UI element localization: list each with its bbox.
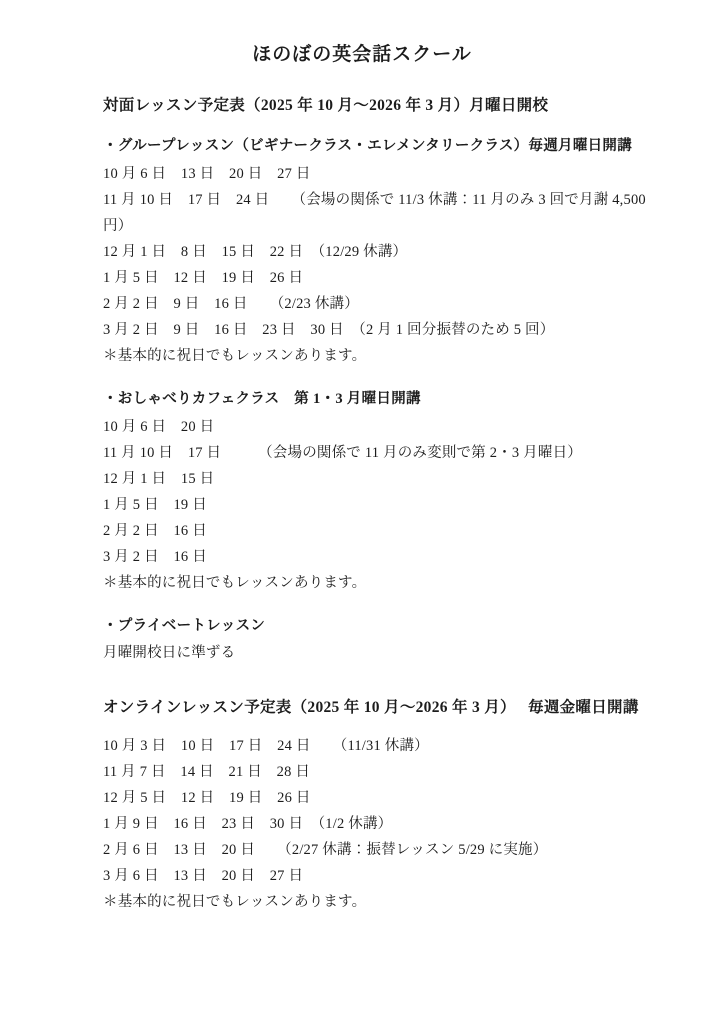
- schedule-line: 10 月 6 日 13 日 20 日 27 日: [103, 161, 666, 187]
- schedule-line: 12 月 1 日 8 日 15 日 22 日 （12/29 休講）: [103, 239, 666, 265]
- group-lesson-subheading: ・グループレッスン（ビギナークラス・エレメンタリークラス）毎週月曜日開講: [103, 137, 666, 156]
- schedule-line: 11 月 10 日 17 日 24 日 （会場の関係で 11/3 休講：11 月…: [103, 187, 666, 239]
- inperson-section-heading: 対面レッスン予定表（2025 年 10 月～2026 年 3 月）月曜日開校: [103, 96, 666, 116]
- schedule-line: 3 月 6 日 13 日 20 日 27 日: [103, 863, 666, 889]
- schedule-line: 10 月 3 日 10 日 17 日 24 日 （11/31 休講）: [103, 733, 666, 759]
- group-lesson-block: ・グループレッスン（ビギナークラス・エレメンタリークラス）毎週月曜日開講 10 …: [103, 137, 666, 369]
- section-online: オンラインレッスン予定表（2025 年 10 月～2026 年 3 月） 毎週金…: [103, 698, 666, 914]
- schedule-line: 3 月 2 日 9 日 16 日 23 日 30 日 （2 月 1 回分振替のた…: [103, 317, 666, 343]
- schedule-line: 11 月 10 日 17 日 （会場の関係で 11 月のみ変則で第 2・3 月曜…: [103, 440, 666, 466]
- private-lesson-schedule: 月曜開校日に準ずる: [103, 640, 666, 666]
- holiday-note: ＊基本的に祝日でもレッスンあります。: [103, 889, 666, 915]
- schedule-line: 1 月 5 日 19 日: [103, 492, 666, 518]
- holiday-note: ＊基本的に祝日でもレッスンあります。: [103, 570, 666, 596]
- cafe-class-schedule: 10 月 6 日 20 日 11 月 10 日 17 日 （会場の関係で 11 …: [103, 414, 666, 596]
- schedule-line: 12 月 1 日 15 日: [103, 466, 666, 492]
- schedule-line: 11 月 7 日 14 日 21 日 28 日: [103, 759, 666, 785]
- private-lesson-subheading: ・プライベートレッスン: [103, 617, 666, 636]
- schedule-line: 2 月 2 日 16 日: [103, 518, 666, 544]
- online-schedule: 10 月 3 日 10 日 17 日 24 日 （11/31 休講） 11 月 …: [103, 733, 666, 915]
- private-lesson-block: ・プライベートレッスン 月曜開校日に準ずる: [103, 617, 666, 667]
- group-lesson-schedule: 10 月 6 日 13 日 20 日 27 日 11 月 10 日 17 日 2…: [103, 161, 666, 369]
- schedule-line: 2 月 6 日 13 日 20 日 （2/27 休講：振替レッスン 5/29 に…: [103, 837, 666, 863]
- schedule-line: 12 月 5 日 12 日 19 日 26 日: [103, 785, 666, 811]
- holiday-note: ＊基本的に祝日でもレッスンあります。: [103, 343, 666, 369]
- schedule-line: 1 月 5 日 12 日 19 日 26 日: [103, 265, 666, 291]
- schedule-line: 2 月 2 日 9 日 16 日 （2/23 休講）: [103, 291, 666, 317]
- cafe-class-subheading: ・おしゃべりカフェクラス 第 1・3 月曜日開講: [103, 390, 666, 409]
- schedule-line: 10 月 6 日 20 日: [103, 414, 666, 440]
- online-section-heading: オンラインレッスン予定表（2025 年 10 月～2026 年 3 月） 毎週金…: [103, 698, 666, 718]
- section-inperson: 対面レッスン予定表（2025 年 10 月～2026 年 3 月）月曜日開校 ・…: [103, 96, 666, 667]
- schedule-line: 3 月 2 日 16 日: [103, 544, 666, 570]
- cafe-class-block: ・おしゃべりカフェクラス 第 1・3 月曜日開講 10 月 6 日 20 日 1…: [103, 390, 666, 596]
- document-page: ほのぼの英会話スクール 対面レッスン予定表（2025 年 10 月～2026 年…: [0, 0, 724, 1024]
- schedule-line: 1 月 9 日 16 日 23 日 30 日 （1/2 休講）: [103, 811, 666, 837]
- private-lesson-note: 月曜開校日に準ずる: [103, 640, 666, 666]
- document-title: ほのぼの英会話スクール: [0, 44, 724, 67]
